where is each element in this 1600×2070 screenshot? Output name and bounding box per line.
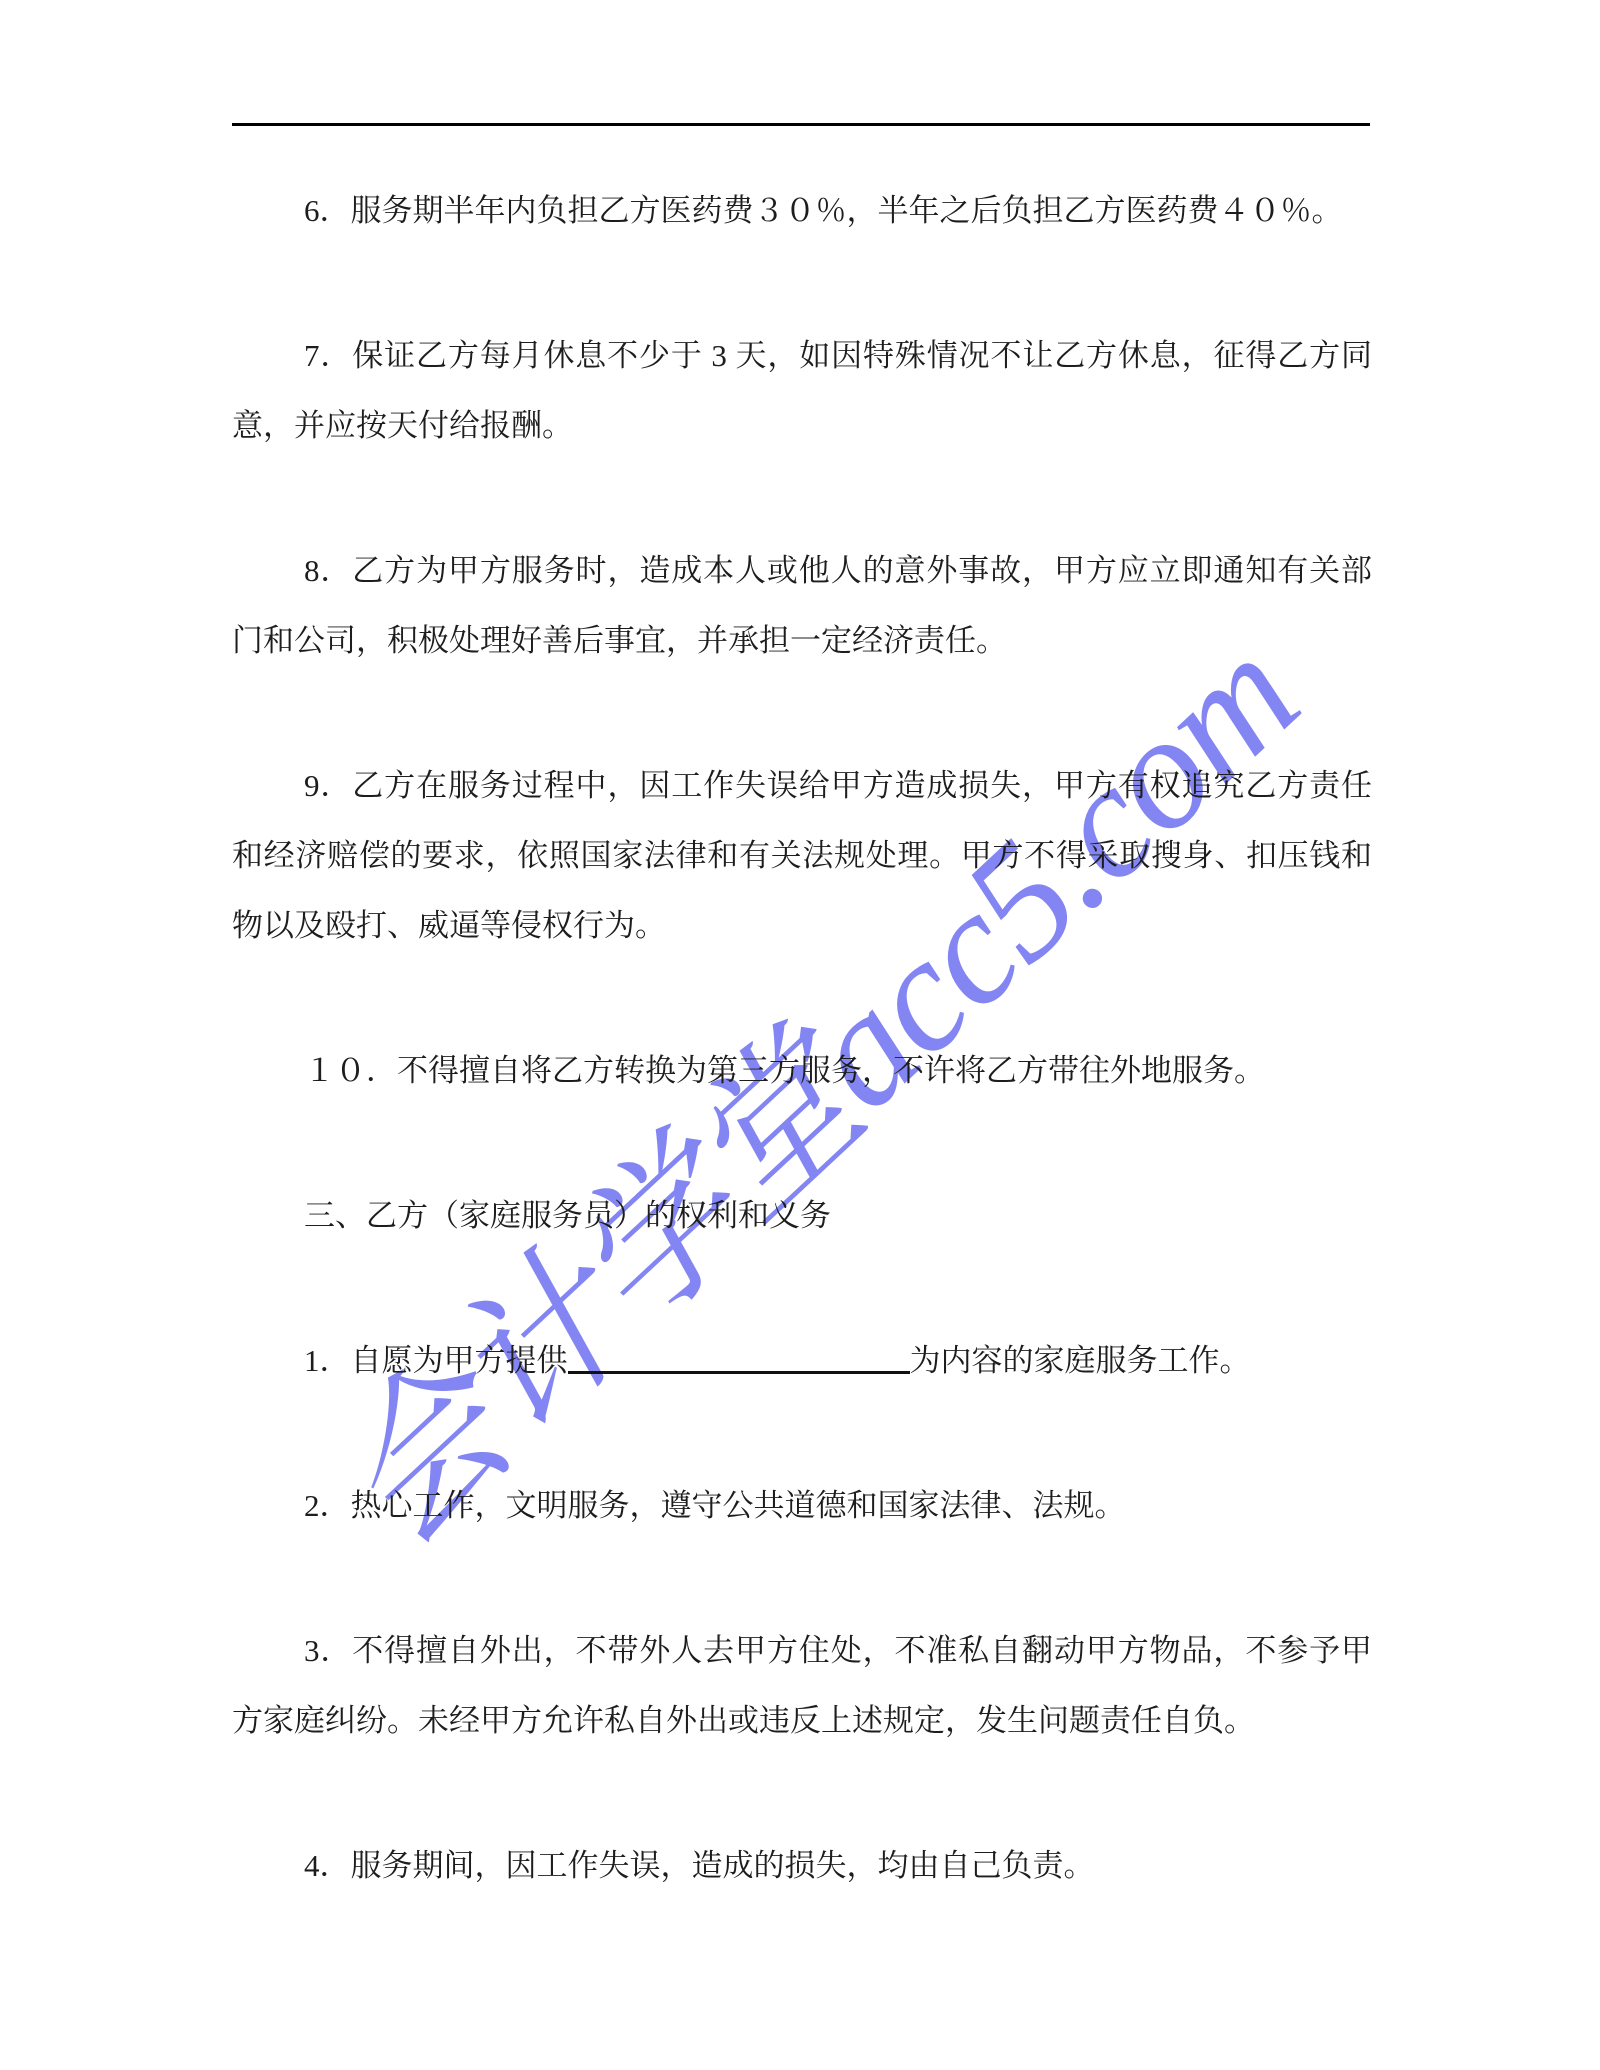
fill-suffix-text: 为内容的家庭服务工作。 [910, 1343, 1251, 1378]
paragraph-line: 4．服务期间，因工作失误，造成的损失，均由自己负责。 [232, 1831, 1372, 1901]
paragraph: 3．不得擅自外出，不带外人去甲方住处，不准私自翻动甲方物品，不参予甲方家庭纠纷。… [232, 1616, 1372, 1756]
paragraph-line: 1．自愿为甲方提供为内容的家庭服务工作。 [232, 1326, 1372, 1396]
paragraph: 9．乙方在服务过程中，因工作失误给甲方造成损失，甲方有权追究乙方责任和经济赔偿的… [232, 751, 1372, 961]
paragraph-line: 2．热心工作，文明服务，遵守公共道德和国家法律、法规。 [232, 1471, 1372, 1541]
paragraph-line: 和经济赔偿的要求，依照国家法律和有关法规处理。甲方不得采取搜身、扣压钱和 [232, 821, 1372, 891]
paragraph-line: 门和公司，积极处理好善后事宜，并承担一定经济责任。 [232, 606, 1372, 676]
paragraph: 8．乙方为甲方服务时，造成本人或他人的意外事故，甲方应立即通知有关部门和公司，积… [232, 536, 1372, 676]
fill-prefix-text: 1．自愿为甲方提供 [304, 1343, 568, 1378]
paragraph-line: 方家庭纠纷。未经甲方允许私自外出或违反上述规定，发生问题责任自负。 [232, 1686, 1372, 1756]
paragraph-line: 三、乙方（家庭服务员）的权利和义务 [232, 1181, 1372, 1251]
paragraph-line: １０．不得擅自将乙方转换为第三方服务，不许将乙方带往外地服务。 [232, 1036, 1372, 1106]
blank-underline-field [568, 1338, 910, 1374]
paragraph: １０．不得擅自将乙方转换为第三方服务，不许将乙方带往外地服务。 [232, 1036, 1372, 1106]
section-heading: 三、乙方（家庭服务员）的权利和义务 [232, 1181, 1372, 1251]
paragraph-line: 6．服务期半年内负担乙方医药费３０％，半年之后负担乙方医药费４０％。 [232, 176, 1372, 246]
paragraph: 2．热心工作，文明服务，遵守公共道德和国家法律、法规。 [232, 1471, 1372, 1541]
paragraph: 7．保证乙方每月休息不少于 3 天，如因特殊情况不让乙方休息，征得乙方同意，并应… [232, 321, 1372, 461]
paragraph: 4．服务期间，因工作失误，造成的损失，均由自己负责。 [232, 1831, 1372, 1901]
paragraph-line: 3．不得擅自外出，不带外人去甲方住处，不准私自翻动甲方物品，不参予甲 [232, 1616, 1372, 1686]
paragraph-line: 9．乙方在服务过程中，因工作失误给甲方造成损失，甲方有权追究乙方责任 [232, 751, 1372, 821]
document-content: 6．服务期半年内负担乙方医药费３０％，半年之后负担乙方医药费４０％。7．保证乙方… [232, 176, 1372, 1976]
header-rule [232, 123, 1370, 126]
paragraph-line: 8．乙方为甲方服务时，造成本人或他人的意外事故，甲方应立即通知有关部 [232, 536, 1372, 606]
document-page: 会计学堂acc5.com 6．服务期半年内负担乙方医药费３０％，半年之后负担乙方… [0, 0, 1600, 2070]
paragraph: 6．服务期半年内负担乙方医药费３０％，半年之后负担乙方医药费４０％。 [232, 176, 1372, 246]
paragraph-line: 意，并应按天付给报酬。 [232, 391, 1372, 461]
paragraph-line: 7．保证乙方每月休息不少于 3 天，如因特殊情况不让乙方休息，征得乙方同 [232, 321, 1372, 391]
paragraph: 1．自愿为甲方提供为内容的家庭服务工作。 [232, 1326, 1372, 1396]
paragraph-line: 物以及殴打、威逼等侵权行为。 [232, 891, 1372, 961]
